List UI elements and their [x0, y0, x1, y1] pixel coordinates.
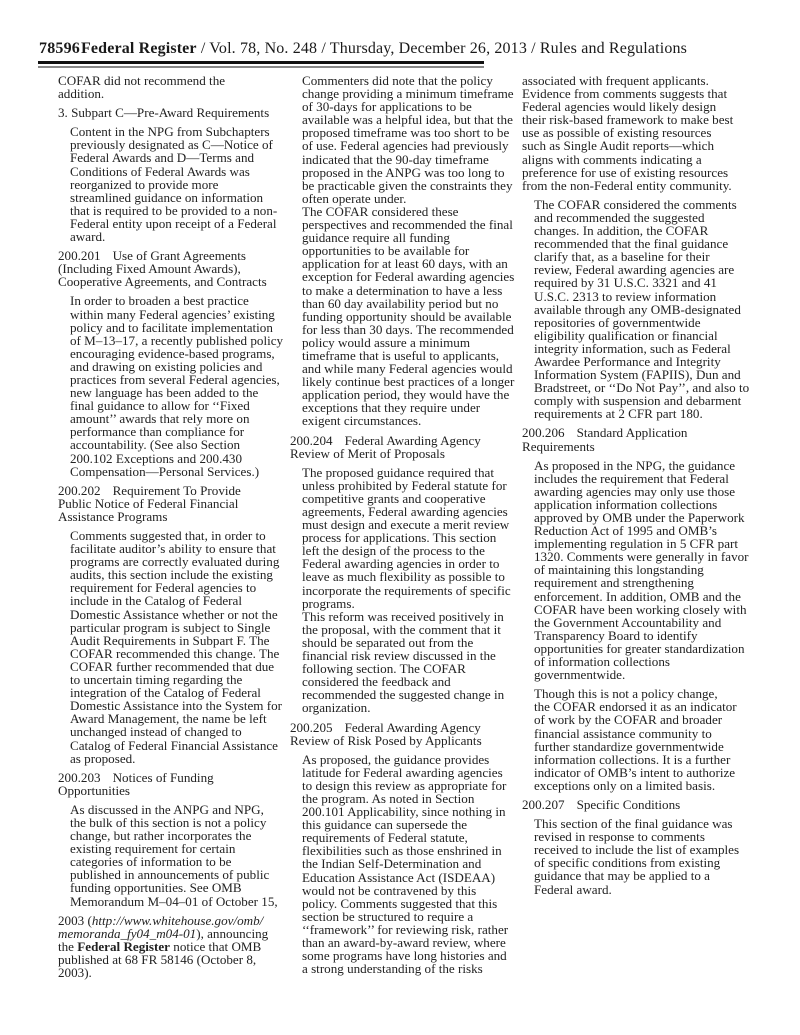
text-line: As proposed in the NPG, the guidance [522, 459, 738, 472]
text-line: Compensation—Personal Services.) [58, 465, 274, 478]
text-line: indicator of OMB’s intent to authorize [522, 766, 738, 779]
text-line: be practicable given the constraints the… [290, 179, 506, 192]
text-line: In order to broaden a best practice [58, 294, 274, 307]
page-number: 78596 [39, 40, 80, 58]
paragraph: The COFAR considered the commentsand rec… [522, 198, 738, 421]
heading-line: Assistance Programs [58, 510, 274, 523]
text-line: from the non-Federal entity community. [522, 179, 738, 192]
text-line: exceptions only on a limited basis. [522, 779, 738, 792]
text-line: 3. Subpart C—Pre-Award Requirements [58, 106, 274, 119]
section-heading: 200.201Use of Grant Agreements(Including… [58, 249, 274, 288]
text-line: particular program is subject to Single [58, 621, 274, 634]
text-line: COFAR have been working closely with [522, 603, 738, 616]
text-line: policy. Comments suggested that this [290, 897, 506, 910]
text-line: includes the requirement that Federal [522, 472, 738, 485]
heading-line: Review of Merit of Proposals [290, 447, 506, 460]
column-1: COFAR did not recommend theaddition.3. S… [58, 74, 274, 985]
text-line: organization. [290, 701, 506, 714]
text-line: programs. [290, 597, 506, 610]
text-line: Memorandum M–04–01 of October 15, [58, 895, 274, 908]
text-line: and drawing on existing policies and [58, 360, 274, 373]
paragraph: Though this is not a policy change,the C… [522, 687, 738, 792]
text-line: COFAR recommended this change. The [58, 647, 274, 660]
text-line: the Indian Self-Determination and [290, 857, 506, 870]
text-line: available through any OMB-designated [522, 303, 738, 316]
text-line: accountability. (See also Section [58, 438, 274, 451]
text-line: policy would assure a minimum [290, 336, 506, 349]
section-heading: 200.205Federal Awarding AgencyReview of … [290, 721, 506, 747]
header-rule-thick [38, 61, 484, 64]
text-line: policy and to facilitate implementation [58, 321, 274, 334]
text-line: preference for use of existing resources [522, 166, 738, 179]
text-line: that is required to be provided to a non… [58, 204, 274, 217]
text-line: addition. [58, 87, 274, 100]
text-line: encouraging evidence-based programs, [58, 347, 274, 360]
column-2: Commenters did note that the policychang… [290, 74, 506, 981]
text-line: The proposed guidance required that [290, 466, 506, 479]
heading-line: Cooperative Agreements, and Contracts [58, 275, 274, 288]
text-line: U.S.C. 2313 to review information [522, 290, 738, 303]
text-line: of use. Federal agencies had previously [290, 139, 506, 152]
text-line: to make a determination to have a less [290, 284, 506, 297]
text-line: integrity information, such as Federal [522, 342, 738, 355]
section-heading: 200.206Standard ApplicationRequirements [522, 426, 738, 452]
paragraph: Comments suggested that, in order tofaci… [58, 529, 274, 765]
text-line: 2003). [58, 966, 274, 979]
text-line: funding opportunity should be available [290, 310, 506, 323]
text-line: further standardize governmentwide [522, 740, 738, 753]
text-line: unless prohibited by Federal statute for [290, 479, 506, 492]
text-line: than 60 day availability period but no [290, 297, 506, 310]
text-line: proposed in the ANPG was too long to [290, 166, 506, 179]
subpart-heading: 3. Subpart C—Pre-Award Requirements [58, 106, 274, 119]
paragraph: COFAR did not recommend theaddition. [58, 74, 274, 100]
paragraph: Content in the NPG from Subchaptersprevi… [58, 125, 274, 243]
section-heading: 200.207Specific Conditions [522, 798, 738, 811]
paragraph: The proposed guidance required thatunles… [290, 466, 506, 610]
text-line: Audit Requirements in Subpart F. The [58, 634, 274, 647]
paragraph: In order to broaden a best practicewithi… [58, 294, 274, 477]
publication-line: Federal Register / Vol. 78, No. 248 / Th… [81, 40, 687, 58]
text-line: award. [58, 230, 274, 243]
paragraph: This reform was received positively inth… [290, 610, 506, 715]
text-line: information collections. It is a further [522, 753, 738, 766]
text-line: latitude for Federal awarding agencies [290, 766, 506, 779]
volume-info: / Vol. 78, No. 248 / Thursday, December … [197, 40, 687, 57]
section-number: 200.207 [522, 797, 565, 812]
heading-line: Opportunities [58, 784, 274, 797]
paragraph: As proposed in the NPG, the guidanceincl… [522, 459, 738, 682]
text-line: exigent circumstances. [290, 414, 506, 427]
text-line: unchanged instead of changed to [58, 725, 274, 738]
heading-text: Cooperative Agreements, and Contracts [58, 274, 267, 289]
text-line: enforcement. In addition, OMB and the [522, 590, 738, 603]
text-line: leave as much flexibility as possible to [290, 570, 506, 583]
text-line: for less than 30 days. The recommended [290, 323, 506, 336]
heading-text: Review of Merit of Proposals [290, 446, 445, 461]
text-line: often operate under. [290, 192, 506, 205]
heading-line: 200.207Specific Conditions [522, 798, 738, 811]
heading-text: Opportunities [58, 783, 130, 798]
text-line: governmentwide. [522, 668, 738, 681]
text-line: repositories of governmentwide [522, 316, 738, 329]
text-line: would not be contravened by this [290, 884, 506, 897]
heading-line: Requirements [522, 440, 738, 453]
heading-text: Assistance Programs [58, 509, 167, 524]
text-line: Federal Awards and D—Terms and [58, 151, 274, 164]
text-line: to design this review as appropriate for [290, 779, 506, 792]
text-line: This reform was received positively in [290, 610, 506, 623]
text-line: As proposed, the guidance provides [290, 753, 506, 766]
section-heading: 200.202Requirement To ProvidePublic Noti… [58, 484, 274, 523]
text-line: funding opportunities. See OMB [58, 881, 274, 894]
text-line: Conditions of Federal Awards was [58, 165, 274, 178]
section-heading: 200.203Notices of FundingOpportunities [58, 771, 274, 797]
text-line: aligns with comments indicating a [522, 153, 738, 166]
text-line: 200.102 Exceptions and 200.430 [58, 452, 274, 465]
text-line: guidance that may be applied to a [522, 869, 738, 882]
text-line: Catalog of Federal Financial Assistance [58, 739, 274, 752]
text-line: awarding agencies may only use those [522, 485, 738, 498]
text-line: As discussed in the ANPG and NPG, [58, 803, 274, 816]
text-line: indicated that the 90-day timeframe [290, 153, 506, 166]
text-line: of M–13–17, a recently published policy [58, 334, 274, 347]
text-line: Domestic Assistance whether or not the [58, 608, 274, 621]
text-line: requirements at 2 CFR part 180. [522, 407, 738, 420]
text-line: as proposed. [58, 752, 274, 765]
heading-text: Review of Risk Posed by Applicants [290, 733, 482, 748]
text-line: such as Single Audit reports—which [522, 139, 738, 152]
text-run: 2003). [58, 965, 92, 980]
text-line: financial assistance community to [522, 727, 738, 740]
text-line: incorporate the requirements of specific [290, 584, 506, 597]
text-line: include in the Catalog of Federal [58, 594, 274, 607]
paragraph: As proposed, the guidance provideslatitu… [290, 753, 506, 976]
heading-text: Requirements [522, 439, 595, 454]
text-line: exception for Federal awarding agencies [290, 270, 506, 283]
text-line: Federal award. [522, 883, 738, 896]
heading-text: Specific Conditions [577, 797, 681, 812]
header-rule-thin [38, 66, 484, 68]
text-line: Transparency Board to identify [522, 629, 738, 642]
paragraph: This section of the final guidance wasre… [522, 817, 738, 896]
heading-line: Review of Risk Posed by Applicants [290, 734, 506, 747]
text-line: section be structured to require a [290, 910, 506, 923]
paragraph: Commenters did note that the policychang… [290, 74, 506, 205]
text-line: the proposal, with the comment that it [290, 623, 506, 636]
text-line: streamlined guidance on information [58, 191, 274, 204]
text-line: The COFAR considered the comments [522, 198, 738, 211]
text-line: Education Assistance Act (ISDEAA) [290, 871, 506, 884]
text-line: reorganized to provide more [58, 178, 274, 191]
publication-title: Federal Register [81, 40, 197, 57]
paragraph: As discussed in the ANPG and NPG,the bul… [58, 803, 274, 908]
section-heading: 200.204Federal Awarding AgencyReview of … [290, 434, 506, 460]
paragraph-continuation: 2003 (http://www.whitehouse.gov/omb/memo… [58, 914, 274, 979]
text-line: of work by the COFAR and broader [522, 713, 738, 726]
text-line: required by 31 U.S.C. 3321 and 41 [522, 276, 738, 289]
paragraph: associated with frequent applicants.Evid… [522, 74, 738, 192]
text-line: requirement and strengthening [522, 576, 738, 589]
column-3: associated with frequent applicants.Evid… [522, 74, 738, 902]
text-line: a strong understanding of the risks [290, 962, 506, 975]
text-line: eligibility qualification or financial [522, 329, 738, 342]
text-line: within many Federal agencies’ existing [58, 308, 274, 321]
paragraph: The COFAR considered theseperspectives a… [290, 205, 506, 428]
text-line: the Government Accountability and [522, 616, 738, 629]
